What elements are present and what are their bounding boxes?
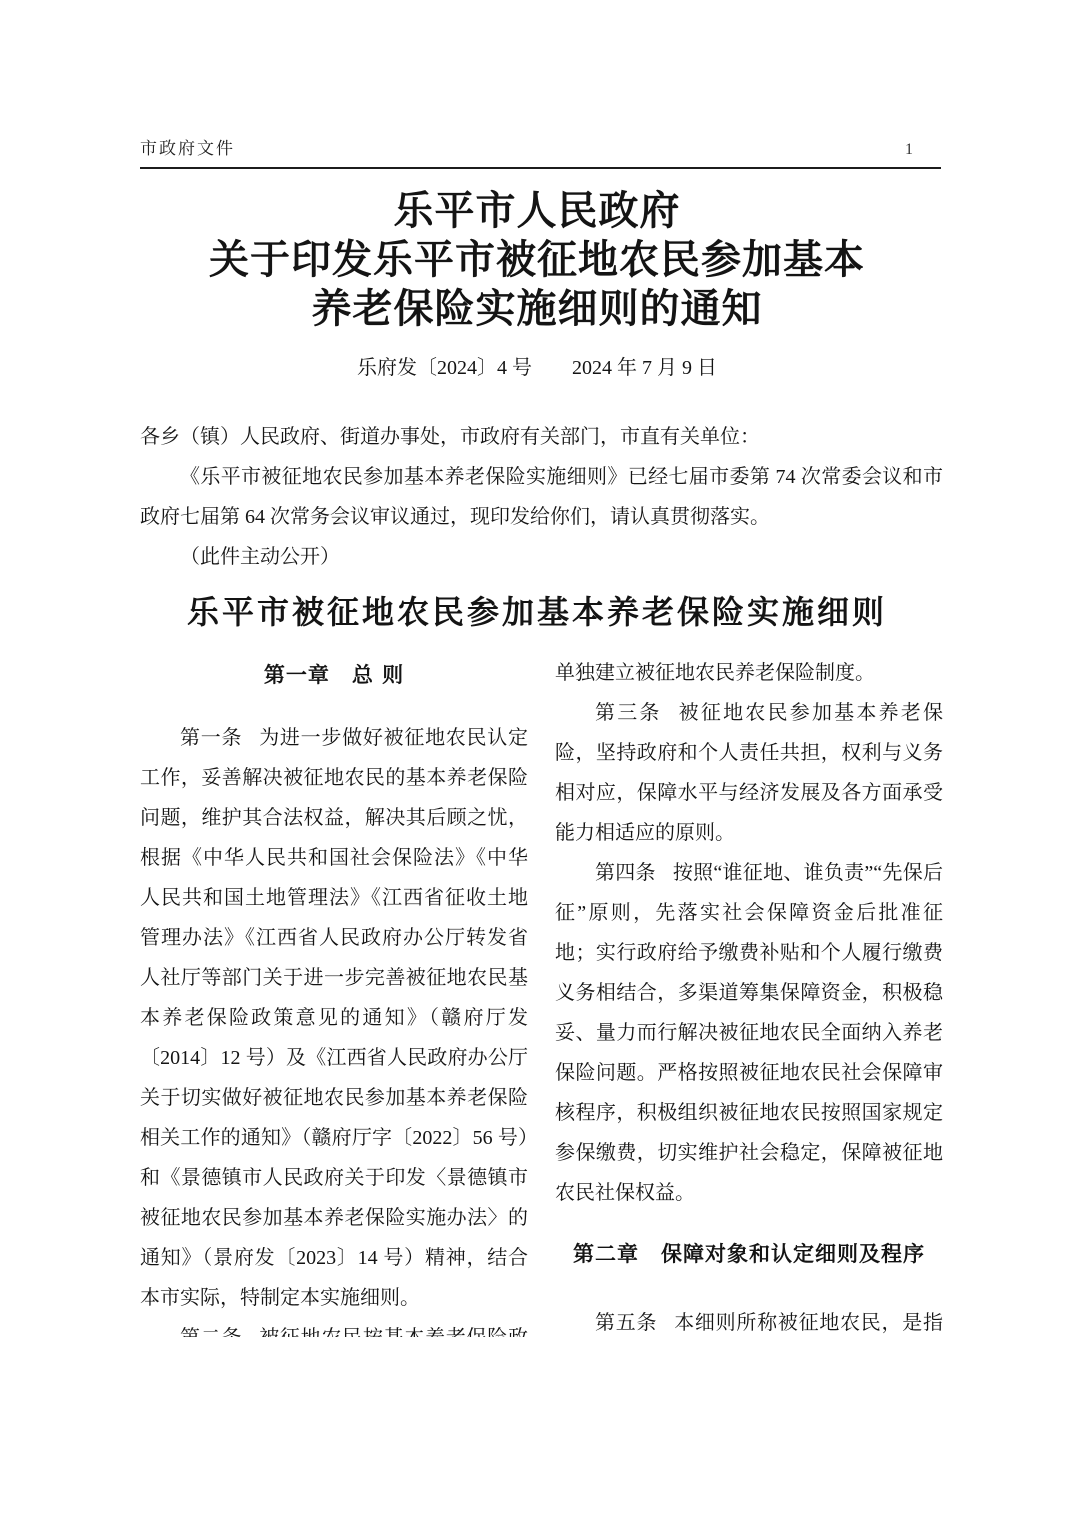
notice-body: 《乐平市被征地农民参加基本养老保险实施细则》已经七届市委第 74 次常委会议和市… <box>140 457 943 537</box>
header-rule <box>140 167 941 169</box>
regulation-left-column: 第一章 总 则第一条为进一步做好被征地农民认定工作，妥善解决被征地农民的基本养老… <box>140 653 528 1337</box>
article-number: 第二条 <box>180 1327 242 1337</box>
document-title: 乐平市人民政府 关于印发乐平市被征地农民参加基本 养老保险实施细则的通知 <box>0 186 1074 333</box>
regulation-body: 第一章 总 则第一条为进一步做好被征地农民认定工作，妥善解决被征地农民的基本养老… <box>140 653 943 1337</box>
article-paragraph: 第二条被征地农民按基本养老保险政策规定，纳入现行的国家统一的企业职工基本养老保险… <box>140 1318 528 1337</box>
doc-meta-line: 乐府发〔2024〕4 号2024 年 7 月 9 日 <box>0 352 1074 384</box>
doc-date: 2024 年 7 月 9 日 <box>572 357 717 379</box>
article-number: 第四条 <box>595 862 656 884</box>
document-title-line-2: 关于印发乐平市被征地农民参加基本 <box>0 235 1074 284</box>
article-paragraph: 第四条按照“谁征地、谁负责”“先保后征”原则，先落实社会保障资金后批准征地；实行… <box>555 853 943 1213</box>
document-page: 市政府文件 1 乐平市人民政府 关于印发乐平市被征地农民参加基本 养老保险实施细… <box>0 0 1074 1520</box>
article-number: 第一条 <box>180 727 242 749</box>
document-title-line-3: 养老保险实施细则的通知 <box>0 284 1074 333</box>
regulation-right-column: 单独建立被征地农民养老保险制度。第三条被征地农民参加基本养老保险，坚持政府和个人… <box>555 653 943 1337</box>
article-paragraph: 第三条被征地农民参加基本养老保险，坚持政府和个人责任共担，权利与义务相对应，保障… <box>555 693 943 853</box>
chapter-heading: 第一章 总 则 <box>140 660 528 690</box>
article-paragraph: 第五条本细则所称被征地农民，是指在本市行政区域内，由县级以上人民政府统一征收农村… <box>555 1303 943 1337</box>
article-number: 第五条 <box>595 1312 657 1334</box>
article-number: 第三条 <box>595 702 662 724</box>
regulation-title: 乐平市被征地农民参加基本养老保险实施细则 <box>0 590 1074 634</box>
notice-intro: 各乡（镇）人民政府、街道办事处，市政府有关部门，市直有关单位： 《乐平市被征地农… <box>140 417 943 577</box>
notice-salutation: 各乡（镇）人民政府、街道办事处，市政府有关部门，市直有关单位： <box>140 417 943 457</box>
article-paragraph: 第一条为进一步做好被征地农民认定工作，妥善解决被征地农民的基本养老保险问题，维护… <box>140 718 528 1318</box>
doc-type-label: 市政府文件 <box>140 134 235 159</box>
page-header: 市政府文件 1 <box>140 134 941 159</box>
notice-disclosure: （此件主动公开） <box>140 537 943 577</box>
paragraph-continuation: 单独建立被征地农民养老保险制度。 <box>555 653 943 693</box>
page-number: 1 <box>905 141 941 159</box>
document-title-line-1: 乐平市人民政府 <box>0 186 1074 235</box>
doc-number: 乐府发〔2024〕4 号 <box>357 357 532 379</box>
chapter-heading: 第二章 保障对象和认定细则及程序 <box>555 1239 943 1269</box>
